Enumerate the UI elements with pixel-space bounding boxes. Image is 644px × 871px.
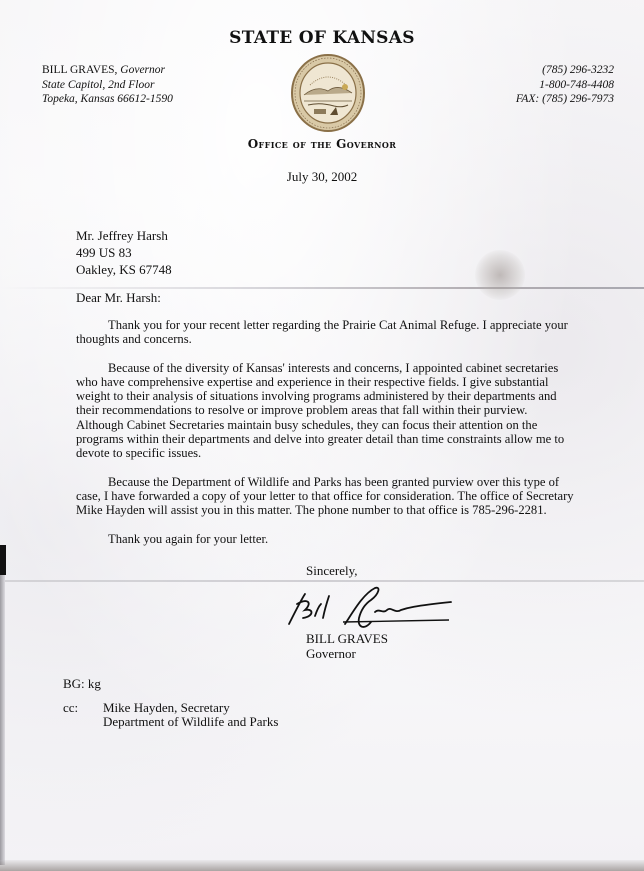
fax-number: FAX: (785) 296-7973 <box>516 92 614 107</box>
cc-block: cc:Mike Hayden, Secretary Department of … <box>63 701 278 729</box>
closing: Sincerely, <box>306 563 358 579</box>
letterhead-title: STATE OF KANSAS <box>0 28 644 48</box>
signer-block: BILL GRAVES Governor <box>306 631 388 661</box>
cc-recipient: Mike Hayden, Secretary <box>103 700 230 715</box>
letter-date: July 30, 2002 <box>0 169 644 185</box>
paper-edge <box>0 545 6 575</box>
signer-title: Governor <box>306 646 388 661</box>
recipient-address: Mr. Jeffrey Harsh 499 US 83 Oakley, KS 6… <box>76 227 172 278</box>
state-seal-icon <box>290 53 366 133</box>
recipient-street: 499 US 83 <box>76 244 172 261</box>
body-paragraph: Because the Department of Wildlife and P… <box>76 475 576 518</box>
signer-name: BILL GRAVES <box>306 631 388 646</box>
sender-title: Governor <box>120 64 165 76</box>
salutation: Dear Mr. Harsh: <box>76 290 161 306</box>
letter-body: Thank you for your recent letter regardi… <box>76 318 576 560</box>
recipient-name: Mr. Jeffrey Harsh <box>76 227 172 244</box>
office-name: Office of the Governor <box>0 137 644 151</box>
body-paragraph: Thank you for your recent letter regardi… <box>76 318 576 347</box>
paper-edge <box>0 575 5 865</box>
sender-address-line1: State Capitol, 2nd Floor <box>42 79 154 91</box>
paper-stain <box>475 250 525 300</box>
sender-name: BILL GRAVES <box>42 64 115 76</box>
contact-info: (785) 296-3232 1-800-748-4408 FAX: (785)… <box>516 63 614 107</box>
phone-number: (785) 296-3232 <box>516 63 614 78</box>
toll-free-number: 1-800-748-4408 <box>516 78 614 93</box>
paper-fold <box>0 287 644 289</box>
paper-edge <box>0 860 644 871</box>
recipient-city: Oakley, KS 67748 <box>76 261 172 278</box>
signature-icon <box>283 582 463 634</box>
body-paragraph: Because of the diversity of Kansas' inte… <box>76 361 576 461</box>
typist-initials: BG: kg <box>63 676 101 692</box>
sender-address-line2: Topeka, Kansas 66612-1590 <box>42 93 173 105</box>
body-paragraph: Thank you again for your letter. <box>76 532 576 546</box>
cc-label: cc: <box>63 701 103 715</box>
cc-department: Department of Wildlife and Parks <box>63 715 278 729</box>
sender-info: BILL GRAVES, Governor State Capitol, 2nd… <box>42 63 173 107</box>
